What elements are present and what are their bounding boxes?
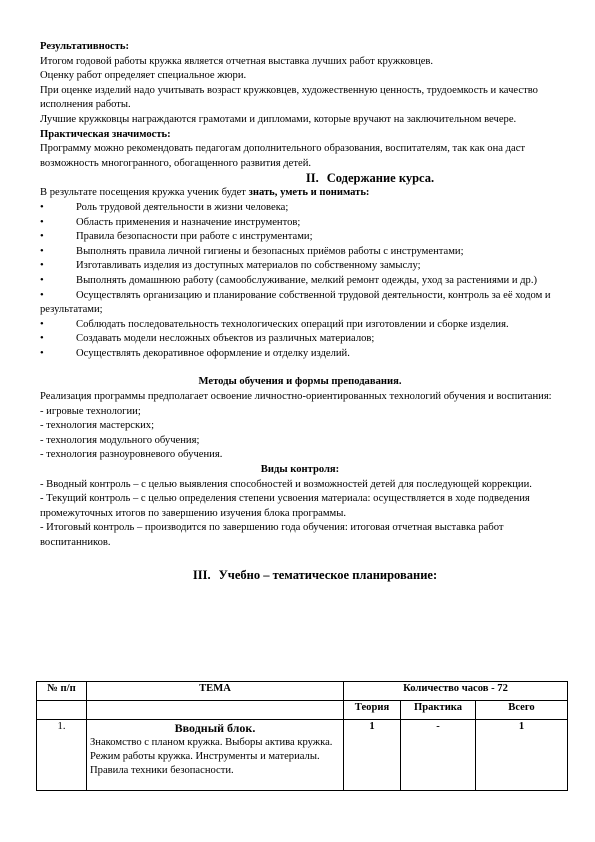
- section2-intro: В результате посещения кружка ученик буд…: [40, 186, 560, 201]
- practical-text: Программу можно рекомендовать педагогам …: [40, 142, 560, 171]
- skill-text: Создавать модели несложных объектов из р…: [76, 333, 374, 344]
- control-heading: Виды контроля:: [40, 463, 560, 478]
- bullet-icon: •: [40, 289, 76, 304]
- section2-number: II.: [306, 171, 319, 185]
- row-practice: -: [401, 720, 476, 791]
- header-hours: Количество часов - 72: [344, 682, 568, 701]
- table-header-row: № п/п ТЕМА Количество часов - 72: [37, 682, 568, 701]
- skill-item: •Область применения и назначение инструм…: [40, 216, 560, 231]
- methods-item: - технология мастерских;: [40, 419, 560, 434]
- methods-heading: Методы обучения и формы преподавания.: [40, 375, 560, 390]
- row-topic-description: Знакомство с планом кружка. Выборы актив…: [90, 737, 332, 776]
- practical-heading: Практическая значимость:: [40, 128, 560, 143]
- bullet-icon: •: [40, 259, 76, 274]
- skill-text: Выполнять домашнюю работу (самообслужива…: [76, 275, 537, 286]
- methods-item: - игровые технологии;: [40, 405, 560, 420]
- skill-text: Осуществлять организацию и планирование …: [40, 290, 551, 316]
- skill-text: Выполнять правила личной гигиены и безоп…: [76, 246, 464, 257]
- skill-item: •Создавать модели несложных объектов из …: [40, 332, 560, 347]
- row-num: 1.: [37, 720, 87, 791]
- table-subheader-row: Теория Практика Всего: [37, 701, 568, 720]
- bullet-icon: •: [40, 201, 76, 216]
- bullet-icon: •: [40, 347, 76, 362]
- subheader-empty: [37, 701, 87, 720]
- section2-heading: II.Содержание курса.: [40, 171, 560, 186]
- skill-item: •Роль трудовой деятельности в жизни чело…: [40, 201, 560, 216]
- header-theory: Теория: [344, 701, 401, 720]
- header-practice: Практика: [401, 701, 476, 720]
- intro-bold: знать, уметь и понимать:: [249, 187, 370, 198]
- header-num: № п/п: [37, 682, 87, 701]
- bullet-icon: •: [40, 245, 76, 260]
- results-line: Итогом годовой работы кружка является от…: [40, 55, 560, 70]
- results-line: Оценку работ определяет специальное жюри…: [40, 69, 560, 84]
- section3-title: Учебно – тематическое планирование:: [219, 568, 438, 582]
- section3-number: III.: [193, 568, 211, 582]
- header-topic: ТЕМА: [87, 682, 344, 701]
- control-item: - Вводный контроль – с целью выявления с…: [40, 478, 560, 493]
- control-item: - Текущий контроль – с целью определения…: [40, 492, 560, 521]
- bullet-icon: •: [40, 274, 76, 289]
- row-topic-title: Вводный блок.: [90, 720, 340, 736]
- document-page: Результативность: Итогом годовой работы …: [40, 40, 560, 582]
- skill-text: Область применения и назначение инструме…: [76, 217, 300, 228]
- skill-item: •Осуществлять организацию и планирование…: [40, 289, 560, 318]
- skill-text: Роль трудовой деятельности в жизни челов…: [76, 202, 288, 213]
- skill-text: Осуществлять декоративное оформление и о…: [76, 348, 350, 359]
- thematic-plan-table: № п/п ТЕМА Количество часов - 72 Теория …: [36, 681, 568, 791]
- row-total: 1: [476, 720, 568, 791]
- control-item: - Итоговый контроль – производится по за…: [40, 521, 560, 550]
- methods-item: - технология разноуровневого обучения.: [40, 448, 560, 463]
- bullet-icon: •: [40, 318, 76, 333]
- row-theory: 1: [344, 720, 401, 791]
- intro-plain: В результате посещения кружка ученик буд…: [40, 187, 249, 198]
- results-line: При оценке изделий надо учитывать возрас…: [40, 84, 560, 113]
- skills-list: •Роль трудовой деятельности в жизни чело…: [40, 201, 560, 362]
- row-topic: Вводный блок. Знакомство с планом кружка…: [87, 720, 344, 791]
- table-row: 1. Вводный блок. Знакомство с планом кру…: [37, 720, 568, 791]
- skill-item: •Выполнять домашнюю работу (самообслужив…: [40, 274, 560, 289]
- skill-item: •Выполнять правила личной гигиены и безо…: [40, 245, 560, 260]
- bullet-icon: •: [40, 230, 76, 245]
- subheader-empty: [87, 701, 344, 720]
- skill-item: •Соблюдать последовательность технологич…: [40, 318, 560, 333]
- skill-item: •Правила безопасности при работе с инстр…: [40, 230, 560, 245]
- methods-item: - технология модульного обучения;: [40, 434, 560, 449]
- header-total: Всего: [476, 701, 568, 720]
- skill-item: •Изготавливать изделия из доступных мате…: [40, 259, 560, 274]
- section2-title: Содержание курса.: [327, 171, 434, 185]
- skill-text: Правила безопасности при работе с инстру…: [76, 231, 313, 242]
- results-heading: Результативность:: [40, 40, 560, 55]
- results-line: Лучшие кружковцы награждаются грамотами …: [40, 113, 560, 128]
- skill-text: Изготавливать изделия из доступных матер…: [76, 260, 421, 271]
- skill-text: Соблюдать последовательность технологиче…: [76, 319, 509, 330]
- skill-item: •Осуществлять декоративное оформление и …: [40, 347, 560, 362]
- methods-intro: Реализация программы предполагает освоен…: [40, 390, 560, 405]
- section3-heading: III.Учебно – тематическое планирование:: [40, 568, 560, 583]
- bullet-icon: •: [40, 216, 76, 231]
- bullet-icon: •: [40, 332, 76, 347]
